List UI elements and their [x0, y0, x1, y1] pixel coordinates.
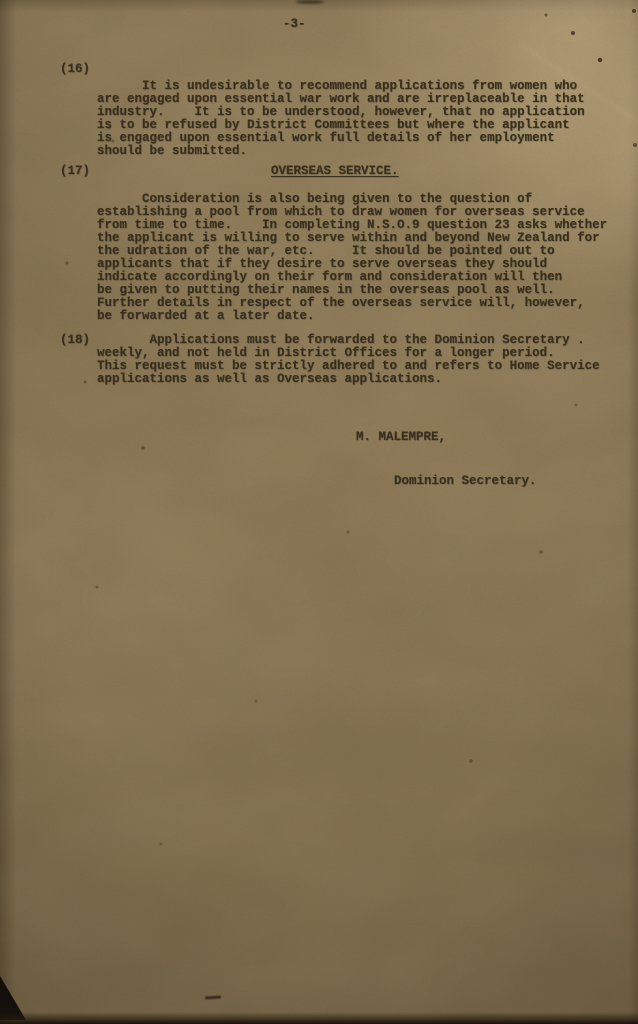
paragraph-17-label: (17) — [60, 165, 90, 178]
section-heading-overseas-service: OVERSEAS SERVICE. — [271, 165, 399, 178]
bottom-ink-mark — [205, 995, 221, 999]
signature-name: M. MALEMPRE, — [356, 431, 446, 444]
paragraph-16-body: It is undesirable to recommend applicati… — [97, 80, 638, 158]
paragraph-18-body: Applications must be forwarded to the Do… — [97, 334, 638, 386]
bottom-page-edge — [0, 1012, 638, 1024]
page-number: -3- — [283, 18, 306, 31]
paragraph-17-body: Consideration is also being given to the… — [97, 193, 638, 323]
signature-title: Dominion Secretary. — [394, 475, 537, 488]
paragraph-18-label: (18) — [60, 334, 90, 347]
paper-specks — [0, 0, 2, 2]
scanned-page: -3- (16) It is undesirable to recommend … — [0, 0, 638, 1024]
paragraph-16-label: (16) — [60, 63, 90, 76]
top-edge-smudge — [296, 0, 324, 4]
